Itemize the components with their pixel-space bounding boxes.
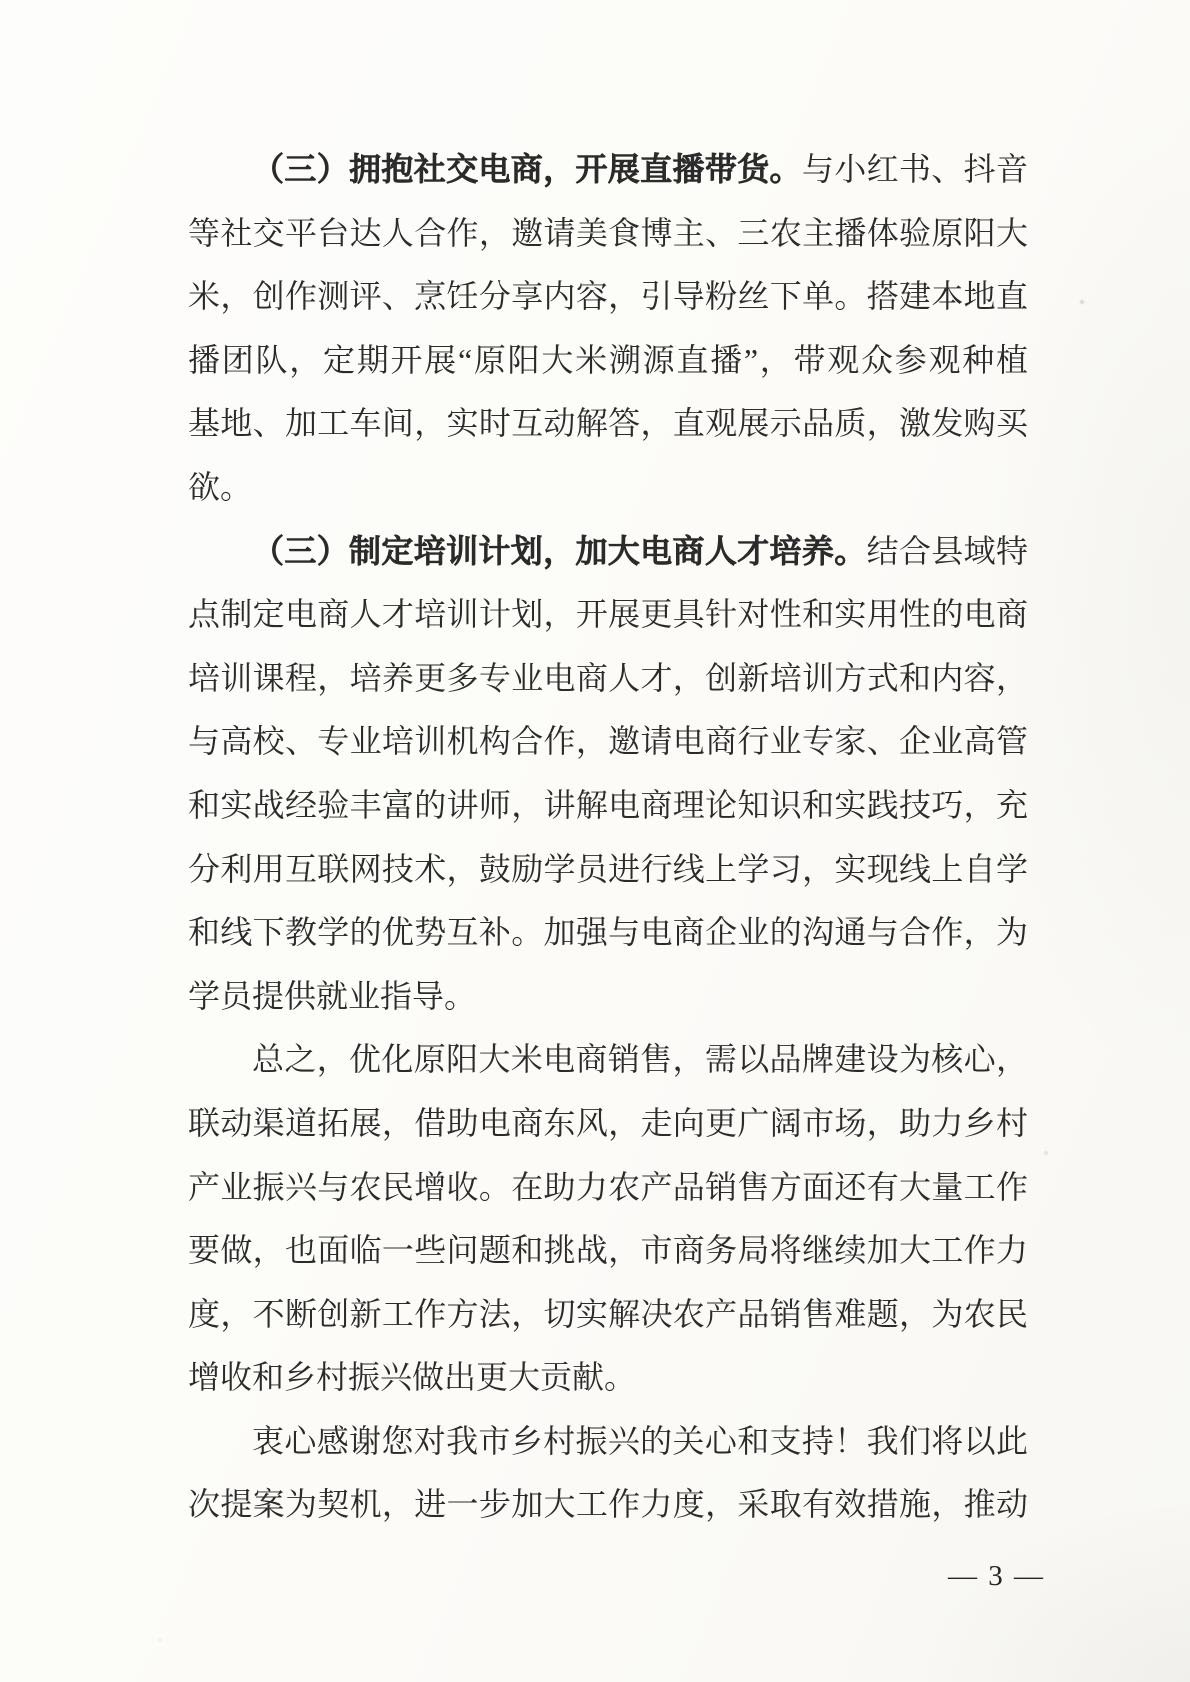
body-text: 与高校、专业培训机构合作，邀请电商行业专家、企业高管 [188,723,1028,759]
body-text: 和实战经验丰富的讲师，讲解电商理论知识和实践技巧，充 [188,787,1028,823]
paragraph: 总之，优化原阳大米电商销售，需以品牌建设为核心，联动渠道拓展，借助电商东风，走向… [188,1028,1028,1410]
body-text: 要做，也面临一些问题和挑战，市商务局将继续加大工作力 [188,1232,1028,1268]
text-line: 培训课程，培养更多专业电商人才，创新培训方式和内容， [188,647,1028,711]
text-line: 学员提供就业指导。 [188,965,1028,1029]
text-line: 播团队，定期开展“原阳大米溯源直播”，带观众参观种植 [188,329,1028,393]
page-number: — 3 — [948,1556,1078,1596]
text-line: 总之，优化原阳大米电商销售，需以品牌建设为核心， [188,1028,1028,1092]
text-line: 与高校、专业培训机构合作，邀请电商行业专家、企业高管 [188,710,1028,774]
text-line: 欲。 [188,456,1028,520]
text-line: 联动渠道拓展，借助电商东风，走向更广阔市场，助力乡村 [188,1092,1028,1156]
body-text: 结合县域特 [867,533,1028,569]
body-text: 欲。 [188,469,252,505]
paragraph: （三）拥抱社交电商，开展直播带货。与小红书、抖音等社交平台达人合作，邀请美食博主… [188,138,1028,520]
text-line: 基地、加工车间，实时互动解答，直观展示品质，激发购买 [188,392,1028,456]
text-line: （三）制定培训计划，加大电商人才培养。结合县域特 [188,520,1028,584]
body-text: 与小红书、抖音 [802,151,1028,187]
text-line: 度，不断创新工作方法，切实解决农产品销售难题，为农民 [188,1283,1028,1347]
text-line: 衷心感谢您对我市乡村振兴的关心和支持！我们将以此 [188,1410,1028,1474]
text-line: 产业振兴与农民增收。在助力农产品销售方面还有大量工作 [188,1156,1028,1220]
body-text: 增收和乡村振兴做出更大贡献。 [188,1359,636,1395]
document-page: （三）拥抱社交电商，开展直播带货。与小红书、抖音等社交平台达人合作，邀请美食博主… [0,0,1190,1682]
text-line: 增收和乡村振兴做出更大贡献。 [188,1346,1028,1410]
body-text: 总之，优化原阳大米电商销售，需以品牌建设为核心， [252,1041,1028,1077]
text-line: 分利用互联网技术，鼓励学员进行线上学习，实现线上自学 [188,838,1028,902]
body-text: 播团队，定期开展“原阳大米溯源直播”，带观众参观种植 [188,342,1028,378]
body-text: 米，创作测评、烹饪分享内容，引导粉丝下单。搭建本地直 [188,278,1028,314]
body-text: 点制定电商人才培训计划，开展更具针对性和实用性的电商 [188,596,1028,632]
text-line: （三）拥抱社交电商，开展直播带货。与小红书、抖音 [188,138,1028,202]
text-line: 等社交平台达人合作，邀请美食博主、三农主播体验原阳大 [188,202,1028,266]
text-line: 次提案为契机，进一步加大工作力度，采取有效措施，推动 [188,1473,1028,1537]
body-text: 培训课程，培养更多专业电商人才，创新培训方式和内容， [188,660,1028,696]
body-text: 等社交平台达人合作，邀请美食博主、三农主播体验原阳大 [188,215,1028,251]
document-body: （三）拥抱社交电商，开展直播带货。与小红书、抖音等社交平台达人合作，邀请美食博主… [188,138,1028,1537]
text-line: 要做，也面临一些问题和挑战，市商务局将继续加大工作力 [188,1219,1028,1283]
body-text: 和线下教学的优势互补。加强与电商企业的沟通与合作，为 [188,914,1028,950]
body-text: 学员提供就业指导。 [188,978,476,1014]
section-heading-text: （三）拥抱社交电商，开展直播带货。 [252,151,802,187]
text-line: 米，创作测评、烹饪分享内容，引导粉丝下单。搭建本地直 [188,265,1028,329]
text-line: 和实战经验丰富的讲师，讲解电商理论知识和实践技巧，充 [188,774,1028,838]
text-line: 点制定电商人才培训计划，开展更具针对性和实用性的电商 [188,583,1028,647]
paragraph: 衷心感谢您对我市乡村振兴的关心和支持！我们将以此次提案为契机，进一步加大工作力度… [188,1410,1028,1537]
body-text: 分利用互联网技术，鼓励学员进行线上学习，实现线上自学 [188,851,1028,887]
body-text: 基地、加工车间，实时互动解答，直观展示品质，激发购买 [188,405,1028,441]
paragraph: （三）制定培训计划，加大电商人才培养。结合县域特点制定电商人才培训计划，开展更具… [188,520,1028,1029]
text-line: 和线下教学的优势互补。加强与电商企业的沟通与合作，为 [188,901,1028,965]
body-text: 次提案为契机，进一步加大工作力度，采取有效措施，推动 [188,1486,1028,1522]
body-text: 联动渠道拓展，借助电商东风，走向更广阔市场，助力乡村 [188,1105,1028,1141]
body-text: 度，不断创新工作方法，切实解决农产品销售难题，为农民 [188,1296,1028,1332]
section-heading-text: （三）制定培训计划，加大电商人才培养。 [252,533,867,569]
body-text: 衷心感谢您对我市乡村振兴的关心和支持！我们将以此 [252,1423,1028,1459]
body-text: 产业振兴与农民增收。在助力农产品销售方面还有大量工作 [188,1169,1028,1205]
